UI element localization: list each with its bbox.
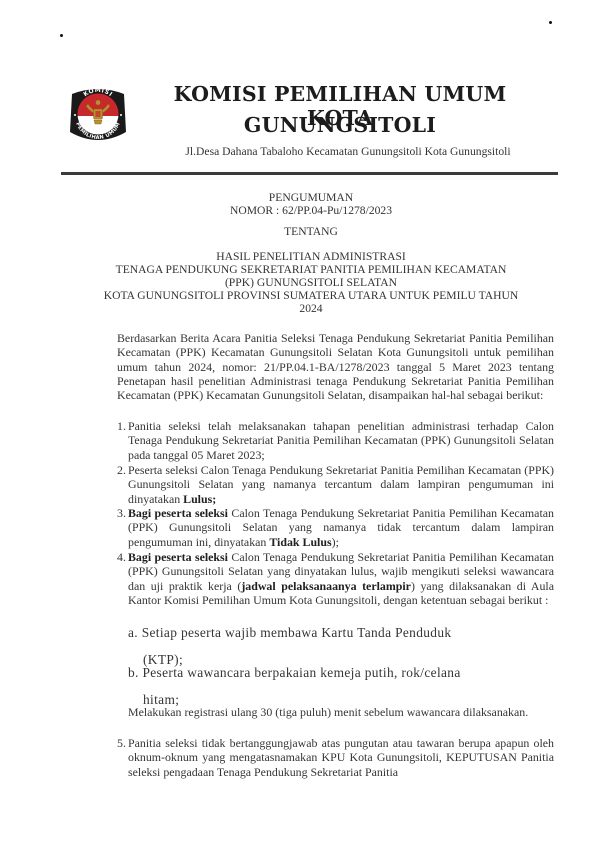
list-number: 1. xyxy=(117,419,126,433)
subject-line: HASIL PENELITIAN ADMINISTRASI xyxy=(96,250,526,263)
sub-item-a: a. Setiap peserta wajib membawa Kartu Ta… xyxy=(128,625,548,668)
sub-item-b: b. Peserta wawancara berpakaian kemeja p… xyxy=(128,665,548,708)
status-tidak-lulus: Tidak Lulus xyxy=(269,535,331,549)
list-text: Panitia seleksi telah melaksanakan tahap… xyxy=(128,419,554,462)
subject-line: KOTA GUNUNGSITOLI PROVINSI SUMATERA UTAR… xyxy=(66,289,556,302)
intro-paragraph: Berdasarkan Berita Acara Panitia Seleksi… xyxy=(117,331,554,402)
bold-lead: Bagi peserta seleksi xyxy=(128,506,228,520)
sub-text: Peserta wawancara berpakaian kemeja puti… xyxy=(142,665,460,680)
bold-lead: Bagi peserta seleksi xyxy=(128,550,228,564)
sub-text: Setiap peserta wajib membawa Kartu Tanda… xyxy=(142,625,452,640)
list-item-4: 4. Bagi peserta seleksi Calon Tenaga Pen… xyxy=(117,550,554,607)
subject-line: (PPK) GUNUNGSITOLI SELATAN xyxy=(96,276,526,289)
list-number: 3. xyxy=(117,506,126,520)
list-item-1: 1. Panitia seleksi telah melaksanakan ta… xyxy=(117,419,554,462)
list-number: 5. xyxy=(117,736,126,750)
announcement-subject: HASIL PENELITIAN ADMINISTRASI TENAGA PEN… xyxy=(96,250,526,315)
scan-speck xyxy=(549,21,552,24)
subject-line: 2024 xyxy=(96,302,526,315)
letterhead-divider xyxy=(61,172,558,175)
organization-title-line-2: GUNUNGSITOLI xyxy=(140,113,540,137)
announcement-number: NOMOR : 62/PP.04-Pu/1278/2023 xyxy=(96,204,526,217)
sub-label: b. xyxy=(128,665,139,680)
registration-note: Melakukan registrasi ulang 30 (tiga pulu… xyxy=(128,705,554,719)
list-item-3: 3. Bagi peserta seleksi Calon Tenaga Pen… xyxy=(117,506,554,549)
schedule-note: jadwal pelaksanaanya terlampir xyxy=(241,579,411,593)
list-text: Panitia seleksi tidak bertanggungjawab a… xyxy=(128,736,554,779)
subject-line: TENAGA PENDUKUNG SEKRETARIAT PANITIA PEM… xyxy=(66,263,556,276)
organization-address: Jl.Desa Dahana Tabaloho Kecamatan Gunung… xyxy=(148,145,548,158)
list-number: 4. xyxy=(117,550,126,564)
announcement-label: PENGUMUMAN xyxy=(96,191,526,204)
scan-speck xyxy=(60,34,63,37)
list-item-5: 5. Panitia seleksi tidak bertanggungjawa… xyxy=(117,736,554,779)
announcement-about: TENTANG xyxy=(96,225,526,238)
kpu-garuda-logo-icon: KOMISI PEMILIHAN UMUM xyxy=(66,82,130,146)
sub-label: a. xyxy=(128,625,138,640)
list-item-2: 2. Peserta seleksi Calon Tenaga Pendukun… xyxy=(117,463,554,506)
list-number: 2. xyxy=(117,463,126,477)
status-lulus: Lulus; xyxy=(183,492,216,506)
